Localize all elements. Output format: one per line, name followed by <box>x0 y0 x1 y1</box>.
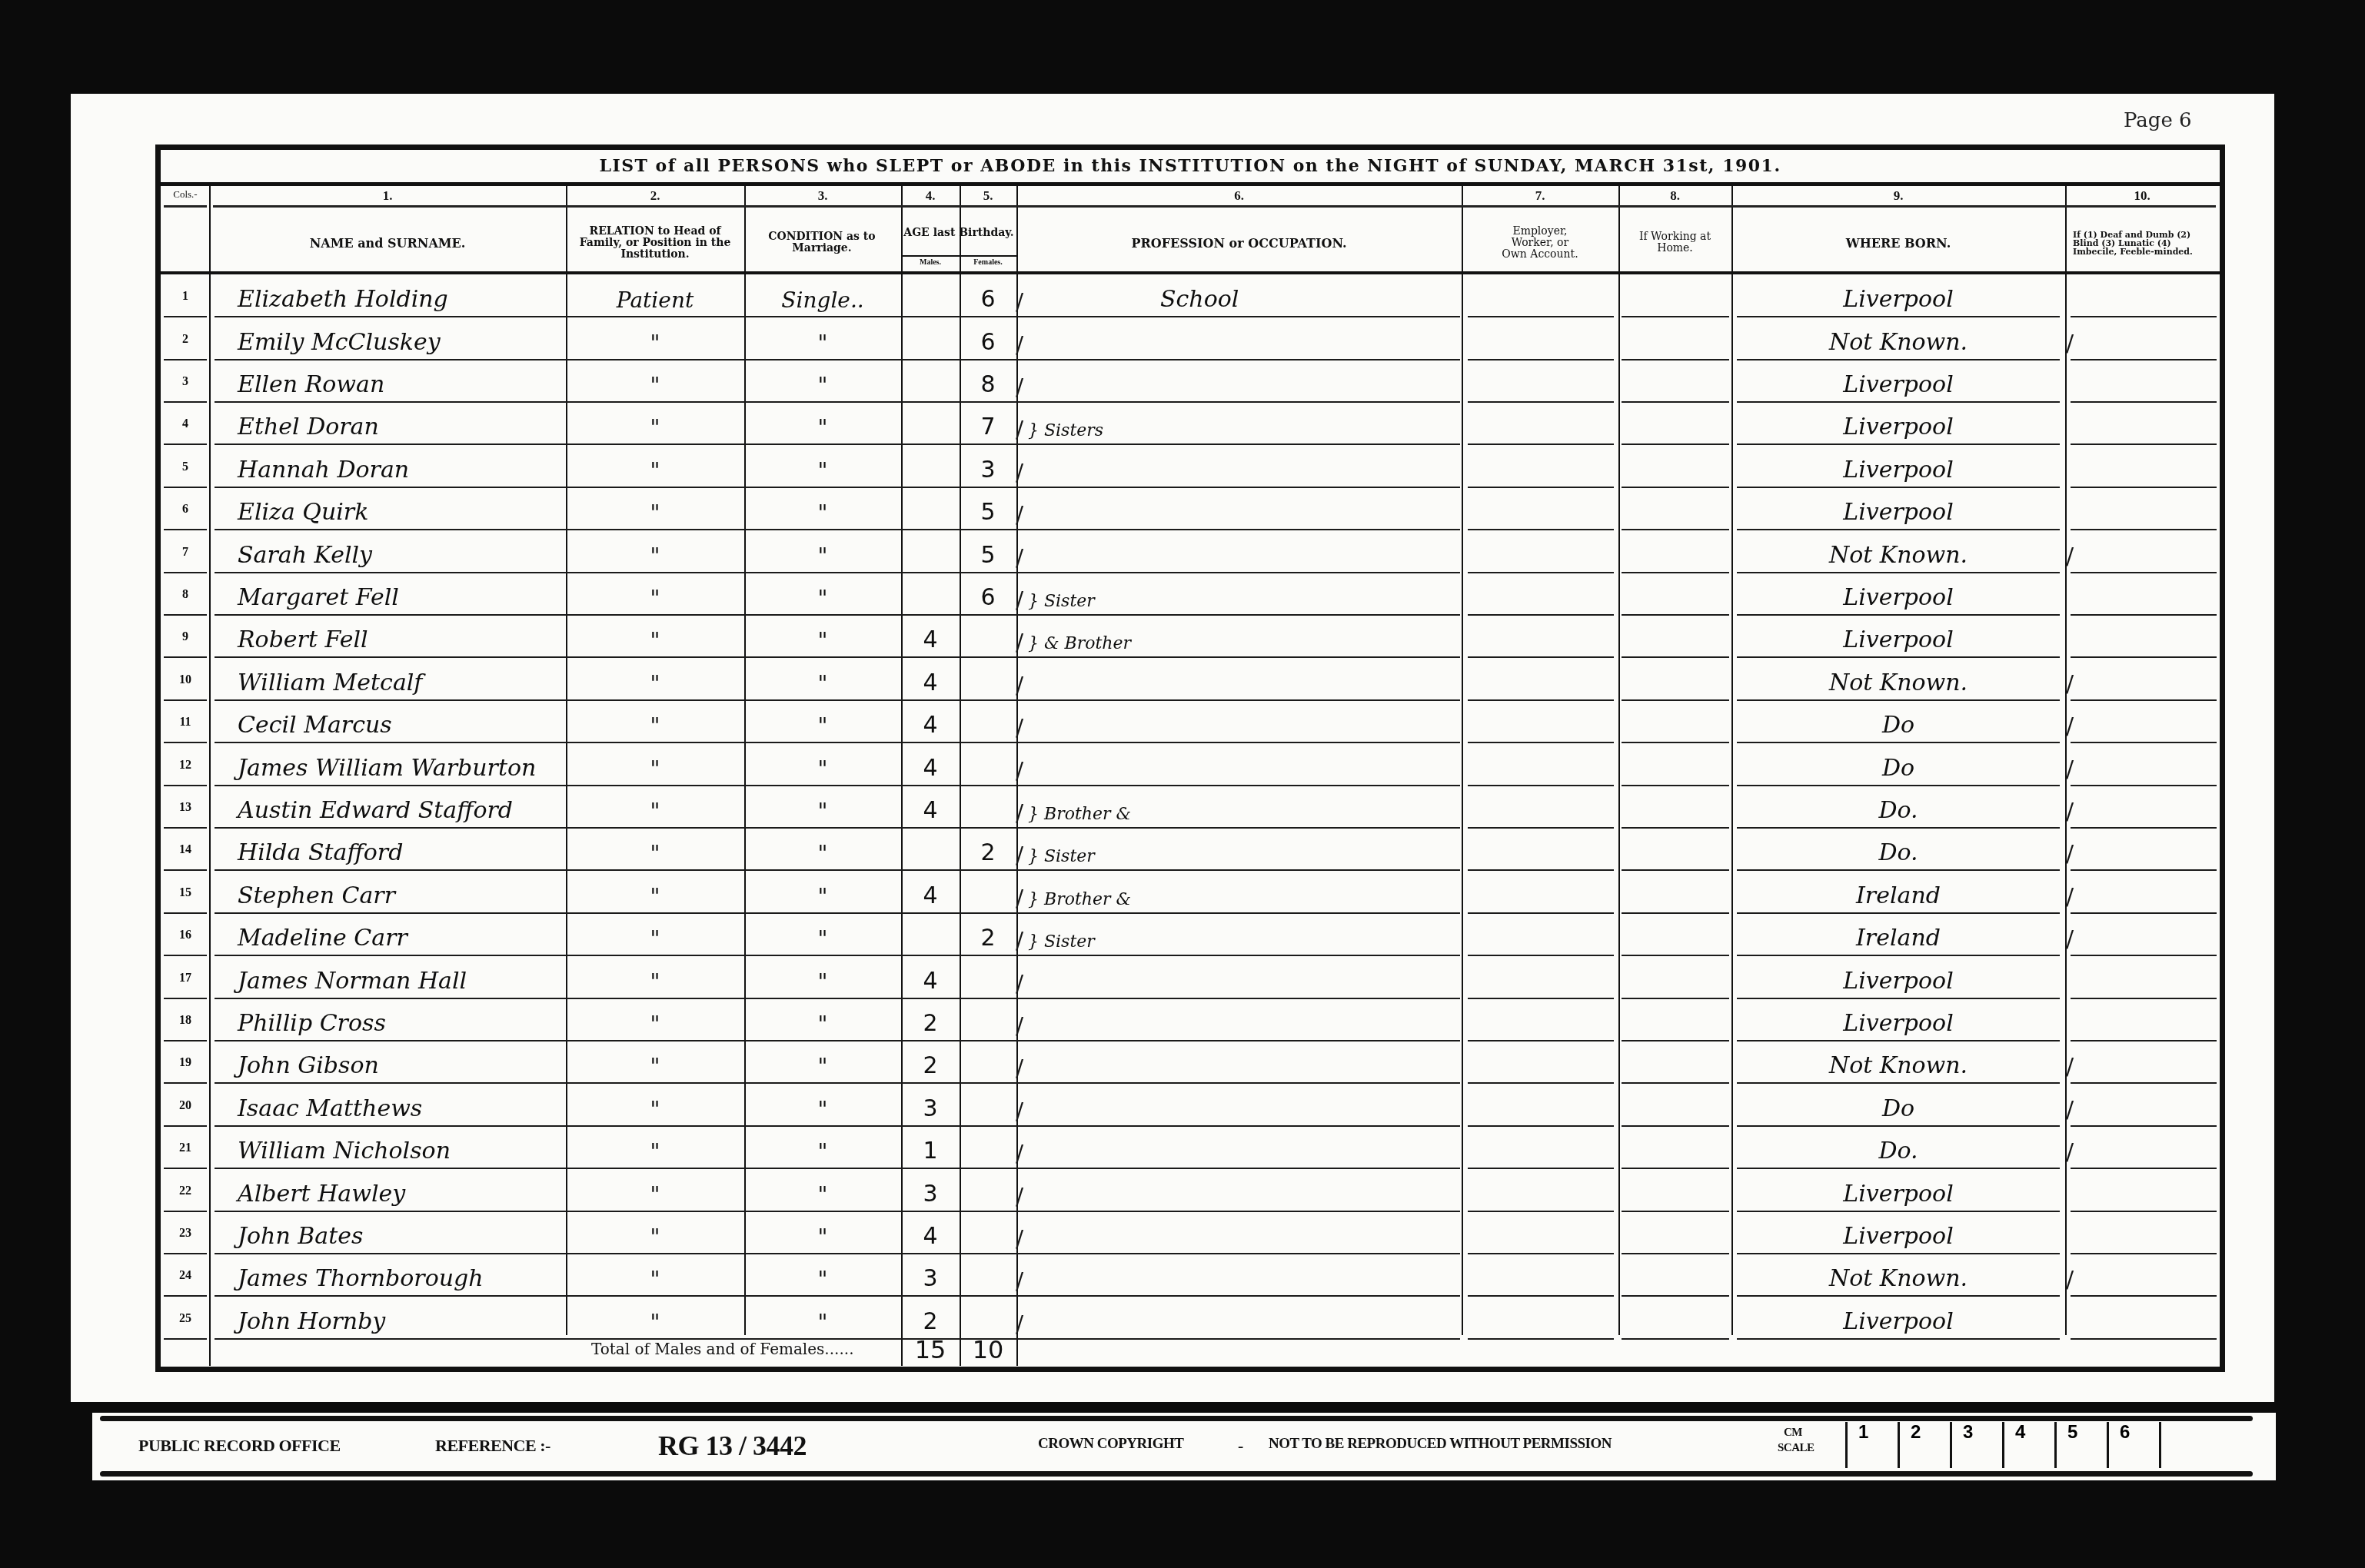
person-name: Cecil Marcus <box>238 712 392 739</box>
totals-row: Total of Males and of Females...... 15 1… <box>161 1335 2220 1366</box>
scale-label-cm: CM <box>1784 1427 1802 1440</box>
tick-mark-icon: / <box>1016 1013 1023 1040</box>
person-name: Albert Hawley <box>238 1181 405 1208</box>
header-males: Males. <box>901 258 960 267</box>
relation: " <box>566 799 744 824</box>
row-number: 20 <box>164 1099 207 1113</box>
table-row: 18 Phillip Cross " " 2 / Liverpool <box>161 998 2220 1041</box>
birthplace: Do. <box>1731 797 2065 824</box>
person-name: Hannah Doran <box>238 457 409 483</box>
birthplace: Liverpool <box>1731 1308 2065 1335</box>
row-number: 14 <box>164 843 207 857</box>
birthplace: Liverpool <box>1731 499 2065 526</box>
tick-mark-icon: / <box>1016 545 1023 572</box>
birthplace: Liverpool <box>1731 584 2065 611</box>
person-name: James Thornborough <box>238 1265 484 1292</box>
person-name: Phillip Cross <box>238 1010 386 1037</box>
occupation: } & Brother <box>1028 634 1131 653</box>
rule <box>164 205 207 208</box>
relation: " <box>566 841 744 866</box>
table-row: 20 Isaac Matthews " " 3 / Do / <box>161 1084 2220 1127</box>
birthplace: Liverpool <box>1731 968 2065 995</box>
occupation: } Sister <box>1028 932 1095 952</box>
birthplace: Liverpool <box>1731 1181 2065 1208</box>
relation: " <box>566 926 744 952</box>
table-row: 24 James Thornborough " " 3 / Not Known.… <box>161 1254 2220 1297</box>
relation: " <box>566 756 744 782</box>
table-row: 15 Stephen Carr " " 4 / } Brother & Irel… <box>161 871 2220 914</box>
relation: " <box>566 458 744 483</box>
relation: " <box>566 1139 744 1164</box>
rule <box>100 1416 2253 1421</box>
age-female: 3 <box>960 457 1016 483</box>
age-male: 4 <box>901 755 960 782</box>
infirmity-mark: / <box>2066 799 2074 826</box>
marital-condition: " <box>744 1097 901 1122</box>
person-name: Ethel Doran <box>238 414 379 440</box>
relation: " <box>566 586 744 611</box>
marital-condition: " <box>744 1182 901 1208</box>
relation: " <box>566 628 744 653</box>
person-name: Isaac Matthews <box>238 1095 422 1122</box>
header-name: NAME and SURNAME. <box>209 211 566 274</box>
tick-mark-icon: / <box>1016 587 1023 614</box>
relation: Patient <box>566 287 744 313</box>
relation: " <box>566 1224 744 1250</box>
marital-condition: " <box>744 1139 901 1164</box>
tick-mark-icon: / <box>1016 1098 1023 1125</box>
table-row: 12 James William Warburton " " 4 / Do / <box>161 742 2220 786</box>
person-name: Hilda Stafford <box>238 839 403 866</box>
header-age: AGE last Birthday. <box>901 211 1016 254</box>
marital-condition: " <box>744 458 901 483</box>
infirmity-mark: / <box>2066 884 2074 911</box>
row-number: 22 <box>164 1184 207 1198</box>
scale-mark: 3 <box>1950 1422 2002 1468</box>
infirmity-mark: / <box>2066 543 2074 570</box>
relation: " <box>566 1054 744 1079</box>
age-male: 1 <box>901 1138 960 1164</box>
person-name: Eliza Quirk <box>238 499 368 526</box>
scale-mark: 1 <box>1845 1422 1898 1468</box>
scale-label: SCALE <box>1778 1442 1814 1455</box>
relation: " <box>566 969 744 995</box>
birthplace: Do. <box>1731 839 2065 866</box>
relation: " <box>566 373 744 398</box>
row-number: 7 <box>164 546 207 560</box>
table-row: 3 Ellen Rowan " " 8 / Liverpool <box>161 360 2220 403</box>
person-name: James William Warburton <box>238 755 536 782</box>
person-name: William Metcalf <box>238 669 422 696</box>
person-name: Madeline Carr <box>238 925 407 952</box>
row-number: 11 <box>164 716 207 729</box>
infirmity-mark: / <box>2066 1139 2074 1166</box>
marital-condition: " <box>744 1012 901 1037</box>
page-number: Page 6 <box>2124 109 2192 132</box>
person-name: James Norman Hall <box>238 968 467 995</box>
col-num-2: 2. <box>566 188 744 204</box>
scale-mark: 4 <box>2002 1422 2054 1468</box>
record-office: PUBLIC RECORD OFFICE <box>138 1436 341 1456</box>
tick-mark-icon: / <box>1016 502 1023 529</box>
table-row: 13 Austin Edward Stafford " " 4 / } Brot… <box>161 786 2220 829</box>
person-name: Elizabeth Holding <box>238 286 448 313</box>
person-name: John Gibson <box>238 1052 379 1079</box>
header-working-home: If Working at Home. <box>1634 211 1716 274</box>
tick-mark-icon: / <box>1016 1311 1023 1338</box>
census-table: LIST of all PERSONS who SLEPT or ABODE i… <box>155 145 2225 1372</box>
tick-mark-icon: / <box>1016 417 1023 443</box>
header-relation: RELATION to Head of Family, or Position … <box>570 211 740 274</box>
col-num-8: 8. <box>1618 188 1731 204</box>
age-male: 3 <box>901 1095 960 1122</box>
col-num-10: 10. <box>2065 188 2219 204</box>
header-occupation: PROFESSION or OCCUPATION. <box>1016 211 1462 274</box>
birthplace: Do <box>1731 755 2065 782</box>
tick-mark-icon: / <box>1016 374 1023 401</box>
relation: " <box>566 671 744 696</box>
tick-mark-icon: / <box>1016 1226 1023 1253</box>
age-female: 2 <box>960 839 1016 866</box>
table-row: 8 Margaret Fell " " 6 / } Sister Liverpo… <box>161 573 2220 616</box>
birthplace: Not Known. <box>1731 329 2065 356</box>
infirmity-mark: / <box>2066 1267 2074 1294</box>
tick-mark-icon: / <box>1016 1268 1023 1295</box>
row-number: 10 <box>164 673 207 687</box>
relation: " <box>566 884 744 909</box>
birthplace: Liverpool <box>1731 1010 2065 1037</box>
rule <box>100 1471 2253 1477</box>
table-row: 16 Madeline Carr " " 2 / } Sister Irelan… <box>161 913 2220 956</box>
table-row: 2 Emily McCluskey " " 6 / Not Known. / <box>161 317 2220 360</box>
header-infirmity: If (1) Deaf and Dumb (2) Blind (3) Lunat… <box>2073 211 2213 274</box>
row-number: 4 <box>164 417 207 431</box>
scale-end <box>2159 1422 2172 1468</box>
row-number: 23 <box>164 1227 207 1241</box>
marital-condition: " <box>744 1224 901 1250</box>
tick-mark-icon: / <box>1016 460 1023 487</box>
scale-mark: 5 <box>2054 1422 2107 1468</box>
reference-code: RG 13 / 3442 <box>658 1430 807 1462</box>
row-number: 5 <box>164 460 207 474</box>
age-female: 6 <box>960 584 1016 611</box>
occupation: } Brother & <box>1028 890 1131 909</box>
table-row: 23 John Bates " " 4 / Liverpool <box>161 1211 2220 1254</box>
person-name: Margaret Fell <box>238 584 399 611</box>
tick-mark-icon: / <box>1016 928 1023 955</box>
table-row: 5 Hannah Doran " " 3 / Liverpool <box>161 445 2220 488</box>
infirmity-mark: / <box>2066 841 2074 868</box>
occupation: } Sister <box>1028 847 1095 866</box>
infirmity-mark: / <box>2066 756 2074 783</box>
birthplace: Not Known. <box>1731 542 2065 569</box>
age-male: 2 <box>901 1052 960 1079</box>
archive-footer: PUBLIC RECORD OFFICE REFERENCE :- RG 13 … <box>92 1413 2276 1480</box>
birthplace: Do <box>1731 712 2065 739</box>
row-number: 13 <box>164 801 207 815</box>
marital-condition: " <box>744 841 901 866</box>
marital-condition: " <box>744 671 901 696</box>
marital-condition: " <box>744 373 901 398</box>
birthplace: Do. <box>1731 1138 2065 1164</box>
infirmity-mark: / <box>2066 713 2074 740</box>
age-male: 4 <box>901 882 960 909</box>
age-female: 6 <box>960 286 1016 313</box>
tick-mark-icon: / <box>1016 842 1023 869</box>
table-row: 17 James Norman Hall " " 4 / Liverpool <box>161 955 2220 998</box>
row-number: 19 <box>164 1056 207 1070</box>
birthplace: Liverpool <box>1731 626 2065 653</box>
relation: " <box>566 543 744 569</box>
total-females: 10 <box>960 1335 1016 1364</box>
occupation: School <box>1160 286 1239 313</box>
birthplace: Liverpool <box>1731 1223 2065 1250</box>
relation: " <box>566 500 744 526</box>
row-number: 12 <box>164 759 207 772</box>
cols-label: Cols.- <box>162 188 208 201</box>
col-num-1: 1. <box>209 188 566 204</box>
marital-condition: " <box>744 628 901 653</box>
marital-condition: " <box>744 500 901 526</box>
person-name: John Bates <box>238 1223 363 1250</box>
birthplace: Liverpool <box>1731 414 2065 440</box>
tick-mark-icon: / <box>1016 758 1023 785</box>
person-name: William Nicholson <box>238 1138 451 1164</box>
birthplace: Not Known. <box>1731 1265 2065 1292</box>
age-male: 2 <box>901 1308 960 1335</box>
relation: " <box>566 1012 744 1037</box>
col-num-5: 5. <box>960 188 1016 204</box>
marital-condition: " <box>744 1310 901 1335</box>
person-name: Emily McCluskey <box>238 329 441 356</box>
table-row: 9 Robert Fell " " 4 / } & Brother Liverp… <box>161 615 2220 658</box>
age-female: 5 <box>960 499 1016 526</box>
table-row: 22 Albert Hawley " " 3 / Liverpool <box>161 1168 2220 1211</box>
copyright: CROWN COPYRIGHT <box>1038 1436 1183 1453</box>
birthplace: Ireland <box>1731 925 2065 952</box>
table-row: 14 Hilda Stafford " " 2 / } Sister Do. / <box>161 828 2220 871</box>
age-female: 5 <box>960 542 1016 569</box>
col-num-6: 6. <box>1016 188 1462 204</box>
row-number: 25 <box>164 1312 207 1326</box>
marital-condition: " <box>744 415 901 440</box>
birthplace: Liverpool <box>1731 457 2065 483</box>
infirmity-mark: / <box>2066 1097 2074 1124</box>
infirmity-mark: / <box>2066 671 2074 698</box>
tick-mark-icon: / <box>1016 1055 1023 1082</box>
marital-condition: " <box>744 969 901 995</box>
tick-mark-icon: / <box>1016 1184 1023 1211</box>
table-row: 1 Elizabeth Holding Patient Single.. 6 /… <box>161 274 2220 317</box>
birthplace: Not Known. <box>1731 1052 2065 1079</box>
age-male: 4 <box>901 797 960 824</box>
person-name: John Hornby <box>238 1308 385 1335</box>
reproduction-notice: NOT TO BE REPRODUCED WITHOUT PERMISSION <box>1269 1436 1612 1453</box>
birthplace: Do <box>1731 1095 2065 1122</box>
birthplace: Liverpool <box>1731 371 2065 398</box>
age-male: 4 <box>901 669 960 696</box>
rule <box>901 255 1016 257</box>
tick-mark-icon: / <box>1016 289 1023 316</box>
table-row: 21 William Nicholson " " 1 / Do. / <box>161 1126 2220 1169</box>
table-row: 25 John Hornby " " 2 / Liverpool <box>161 1297 2220 1340</box>
marital-condition: " <box>744 1267 901 1292</box>
person-name: Sarah Kelly <box>238 542 372 569</box>
col-num-7: 7. <box>1462 188 1618 204</box>
birthplace: Not Known. <box>1731 669 2065 696</box>
tick-mark-icon: / <box>1016 673 1023 699</box>
col-num-4: 4. <box>901 188 960 204</box>
table-row: 4 Ethel Doran " " 7 / } Sisters Liverpoo… <box>161 402 2220 445</box>
col-num-3: 3. <box>744 188 901 204</box>
relation: " <box>566 1182 744 1208</box>
marital-condition: " <box>744 926 901 952</box>
tick-mark-icon: / <box>1016 971 1023 998</box>
infirmity-mark: / <box>2066 926 2074 953</box>
col-num-9: 9. <box>1731 188 2065 204</box>
table-row: 11 Cecil Marcus " " 4 / Do / <box>161 700 2220 743</box>
table-row: 10 William Metcalf " " 4 / Not Known. / <box>161 658 2220 701</box>
scale-mark: 2 <box>1898 1422 1950 1468</box>
tick-mark-icon: / <box>1016 715 1023 742</box>
tick-mark-icon: / <box>1016 630 1023 656</box>
infirmity-mark: / <box>2066 331 2074 357</box>
age-male: 3 <box>901 1265 960 1292</box>
relation: " <box>566 415 744 440</box>
age-female: 2 <box>960 925 1016 952</box>
age-female: 6 <box>960 329 1016 356</box>
row-number: 18 <box>164 1014 207 1028</box>
age-male: 4 <box>901 1223 960 1250</box>
birthplace: Ireland <box>1731 882 2065 909</box>
occupation: } Brother & <box>1028 805 1131 824</box>
header-females: Females. <box>960 258 1016 267</box>
age-male: 2 <box>901 1010 960 1037</box>
infirmity-mark: / <box>2066 1054 2074 1081</box>
table-row: 19 John Gibson " " 2 / Not Known. / <box>161 1041 2220 1084</box>
tick-mark-icon: / <box>1016 1141 1023 1168</box>
table-row: 7 Sarah Kelly " " 5 / Not Known. / <box>161 530 2220 573</box>
row-number: 3 <box>164 375 207 389</box>
age-female: 8 <box>960 371 1016 398</box>
marital-condition: " <box>744 756 901 782</box>
marital-condition: Single.. <box>744 287 901 313</box>
table-row: 6 Eliza Quirk " " 5 / Liverpool <box>161 487 2220 530</box>
person-name: Robert Fell <box>238 626 368 653</box>
total-males: 15 <box>901 1335 960 1364</box>
relation: " <box>566 1267 744 1292</box>
row-number: 17 <box>164 972 207 985</box>
marital-condition: " <box>744 586 901 611</box>
header-condition: CONDITION as to Marriage. <box>764 211 880 274</box>
relation: " <box>566 1310 744 1335</box>
marital-condition: " <box>744 1054 901 1079</box>
row-number: 24 <box>164 1269 207 1283</box>
row-number: 9 <box>164 630 207 644</box>
marital-condition: " <box>744 884 901 909</box>
relation: " <box>566 1097 744 1122</box>
marital-condition: " <box>744 799 901 824</box>
row-number: 21 <box>164 1141 207 1155</box>
row-number: 15 <box>164 886 207 900</box>
reference-label: REFERENCE :- <box>435 1436 551 1456</box>
person-name: Ellen Rowan <box>238 371 384 398</box>
tick-mark-icon: / <box>1016 885 1023 912</box>
totals-label: Total of Males and of Females...... <box>591 1340 854 1358</box>
occupation: } Sister <box>1028 592 1095 611</box>
person-name: Stephen Carr <box>238 882 395 909</box>
relation: " <box>566 713 744 739</box>
age-female: 7 <box>960 414 1016 440</box>
row-number: 8 <box>164 588 207 602</box>
marital-condition: " <box>744 331 901 356</box>
separator: - <box>1238 1436 1243 1456</box>
table-title: LIST of all PERSONS who SLEPT or ABODE i… <box>161 150 2220 186</box>
row-number: 1 <box>164 290 207 304</box>
birthplace: Liverpool <box>1731 286 2065 313</box>
age-male: 4 <box>901 712 960 739</box>
person-name: Austin Edward Stafford <box>238 797 513 824</box>
marital-condition: " <box>744 543 901 569</box>
scale-mark: 6 <box>2107 1422 2159 1468</box>
row-number: 2 <box>164 333 207 347</box>
tick-mark-icon: / <box>1016 332 1023 359</box>
relation: " <box>566 331 744 356</box>
occupation: } Sisters <box>1028 421 1103 440</box>
rule <box>213 205 2216 208</box>
header-where-born: WHERE BORN. <box>1731 211 2065 274</box>
header-employer: Employer, Worker, or Own Account. <box>1500 211 1580 274</box>
age-male: 3 <box>901 1181 960 1208</box>
row-number: 6 <box>164 503 207 517</box>
row-number: 16 <box>164 929 207 942</box>
age-male: 4 <box>901 626 960 653</box>
marital-condition: " <box>744 713 901 739</box>
tick-mark-icon: / <box>1016 800 1023 827</box>
age-male: 4 <box>901 968 960 995</box>
